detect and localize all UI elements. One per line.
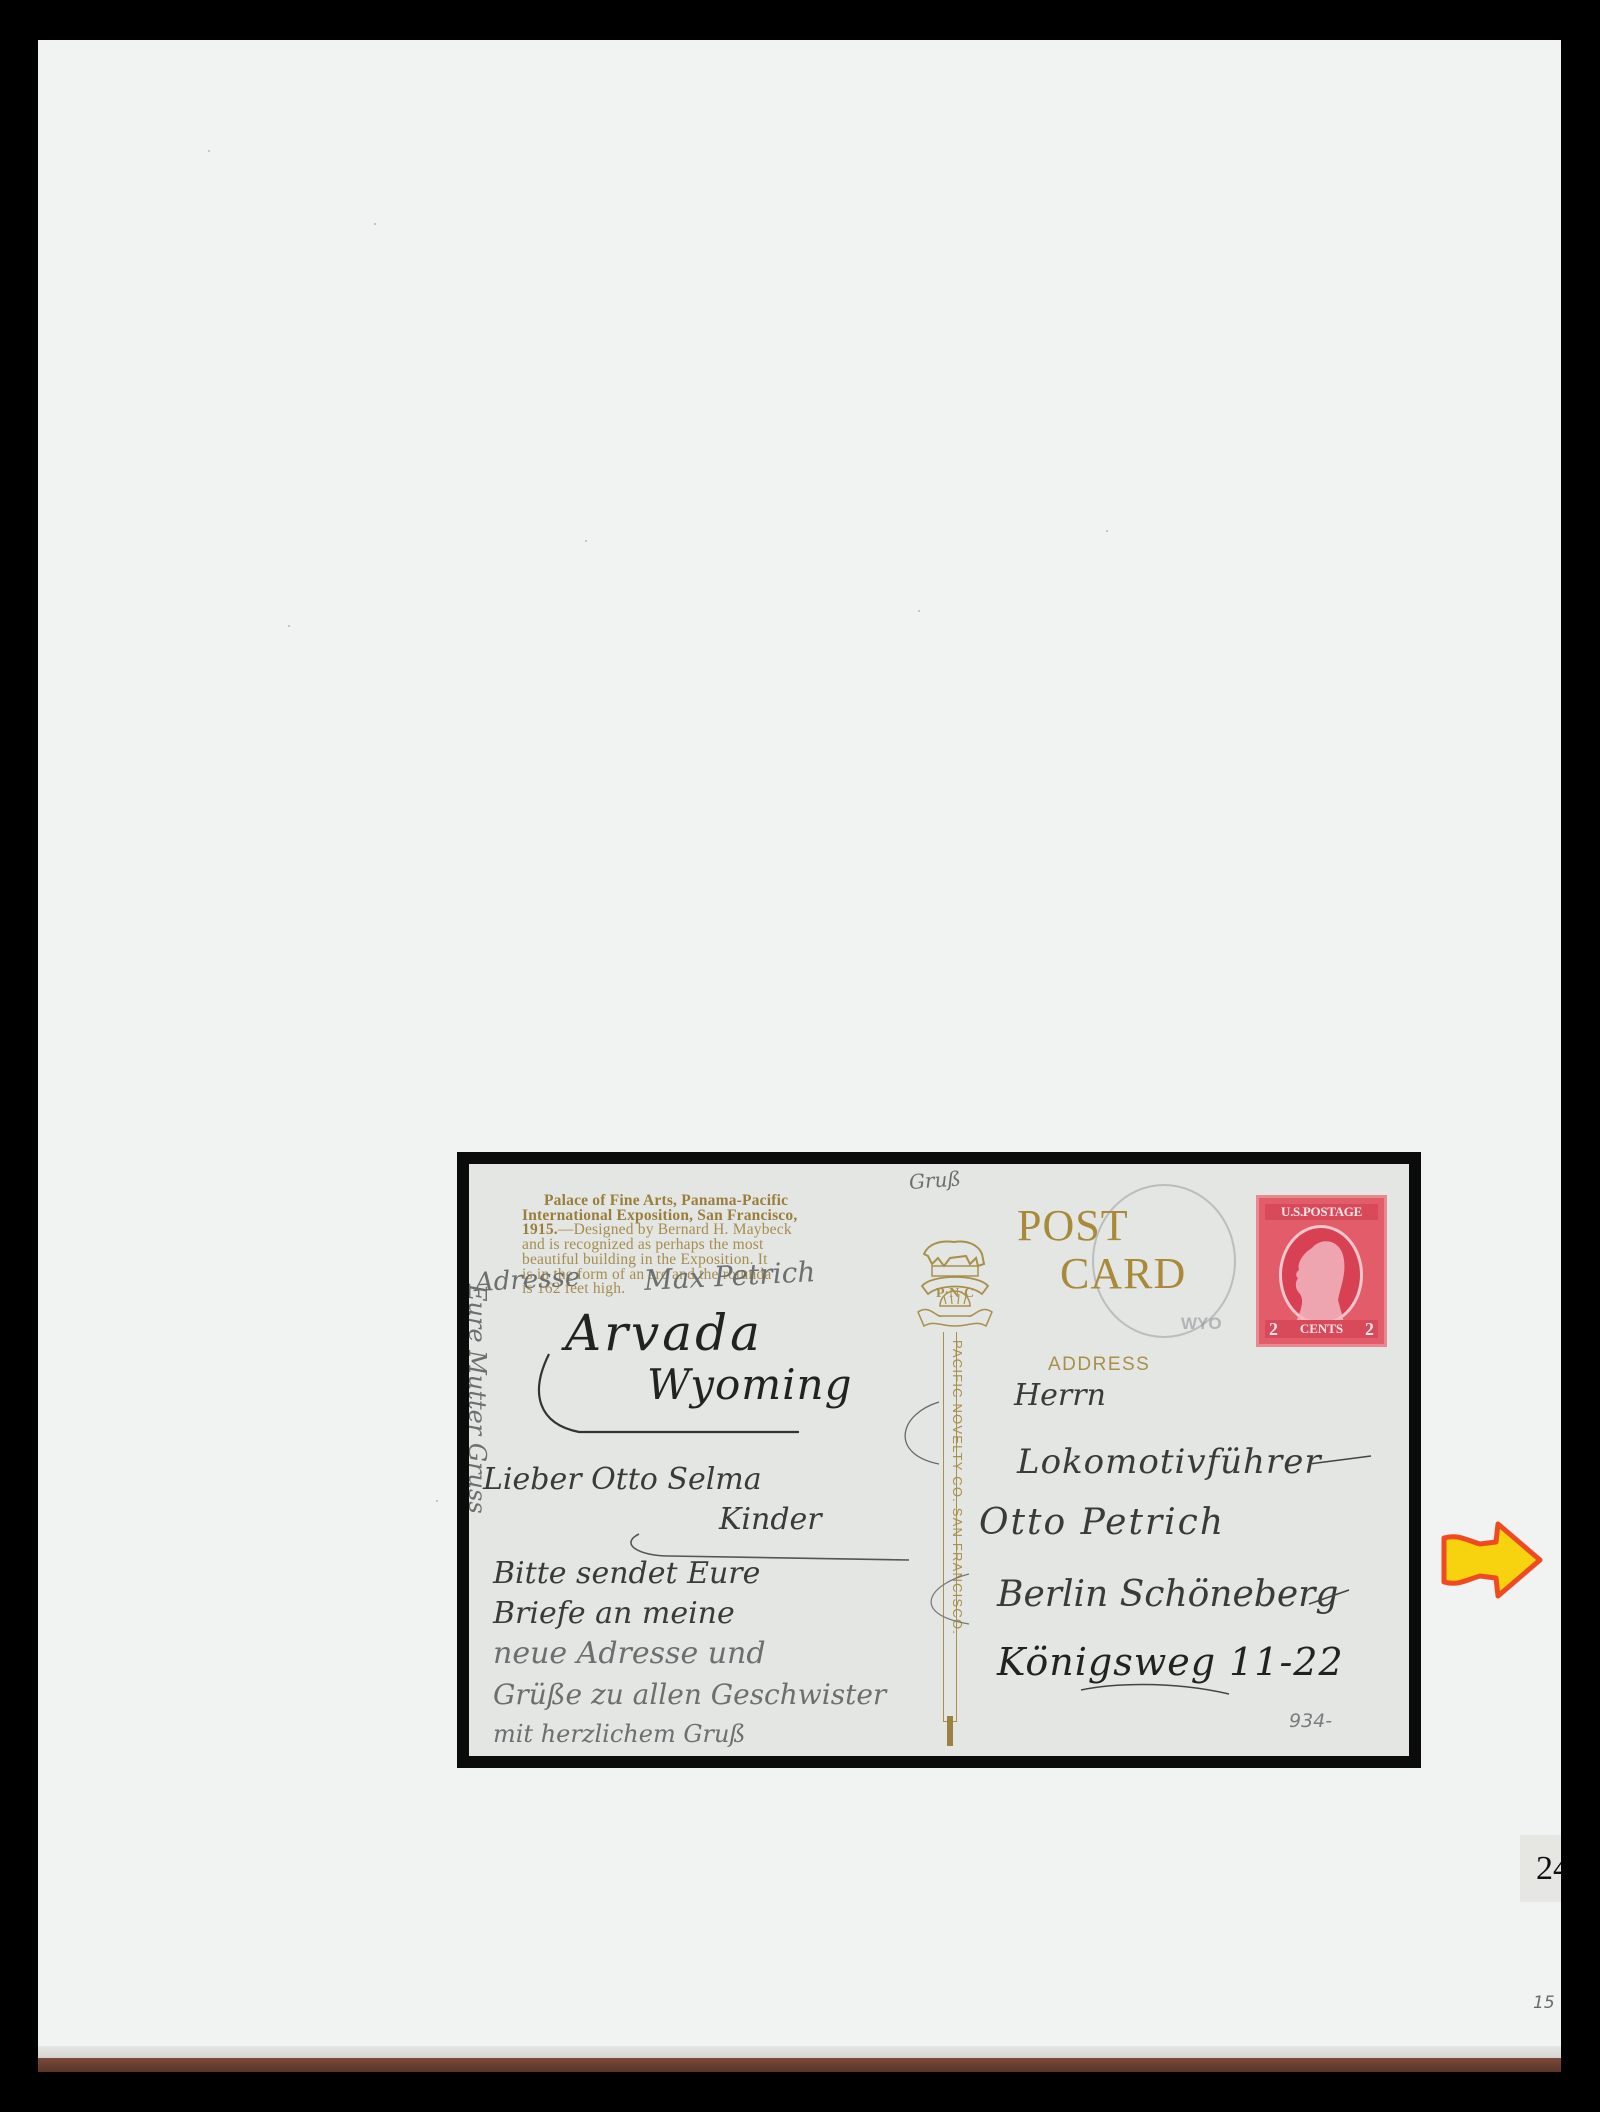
handwriting-top-note: Gruß [908,1166,961,1194]
paper-speck [208,150,210,152]
handwriting-message-line: Bitte sendet Eure [493,1556,760,1591]
handwriting-message-line: mit herzlichem Gruß [493,1720,745,1748]
handwriting-message-line: Kinder [719,1502,822,1537]
paper-speck [585,540,587,542]
handwriting-message-line: Grüße zu allen Geschwister [493,1678,886,1711]
divider-tip [947,1716,953,1746]
album-page-edge [38,2058,1561,2072]
handwriting-sender-town: Arvada [565,1304,763,1362]
handwriting-recipient-line: Berlin Schöneberg [997,1574,1338,1615]
postcard: Palace of Fine Arts, Panama-Pacific Inte… [469,1164,1409,1756]
publisher-imprint: PACIFIC NOVELTY CO. SAN FRANCISCO. [950,1340,965,1635]
paper-speck [288,625,290,627]
postcard-mount-frame: Palace of Fine Arts, Panama-Pacific Inte… [457,1152,1421,1768]
handwriting-side-note: Eure Mutter Gruss [469,1284,491,1514]
stamp-header: U.S.POSTAGE [1265,1204,1378,1220]
paper-speck [374,223,376,225]
handwriting-sender-state: Wyoming [647,1360,852,1409]
postcard-title-post: POST [1017,1204,1129,1248]
pencil-price-mark: 934- [1289,1710,1332,1732]
page-number-box: 24 [1520,1835,1561,1902]
handwriting-recipient-line: Lokomotivführer [1017,1442,1322,1482]
page-number: 24 [1536,1852,1561,1886]
stamp-value-left: 2 [1269,1319,1278,1340]
handwriting-recipient-line: Herrn [1014,1378,1106,1413]
right-arrow-icon [1440,1520,1544,1600]
washington-portrait-icon [1279,1225,1363,1325]
handwriting-message-line: neue Adresse und [493,1636,766,1671]
postage-stamp: U.S.POSTAGE 2 CENTS 2 [1256,1195,1387,1347]
handwriting-message-line: Briefe an meine [493,1596,735,1631]
postmark-text: WYO [1181,1314,1222,1334]
paper-speck [918,610,920,612]
publisher-logo-text: P·N·C [927,1286,983,1302]
portrait-silhouette-icon [1282,1228,1360,1322]
page-bottom-margin [38,2046,1561,2058]
stamp-value: 2 CENTS 2 [1265,1320,1378,1338]
stamp-value-right: 2 [1365,1319,1374,1340]
address-label: ADDRESS [1048,1354,1150,1376]
paper-speck [1106,530,1108,532]
corner-pencil-note: 15 [1533,1993,1561,2013]
handwriting-recipient-line: Königsweg 11-22 [997,1640,1344,1684]
handwriting-message-line: Lieber Otto Selma [483,1462,762,1497]
postcard-title-card: CARD [1060,1252,1186,1296]
handwriting-recipient-line: Otto Petrich [979,1502,1225,1543]
paper-speck [436,1500,438,1502]
stamp-value-text: CENTS [1300,1321,1343,1337]
